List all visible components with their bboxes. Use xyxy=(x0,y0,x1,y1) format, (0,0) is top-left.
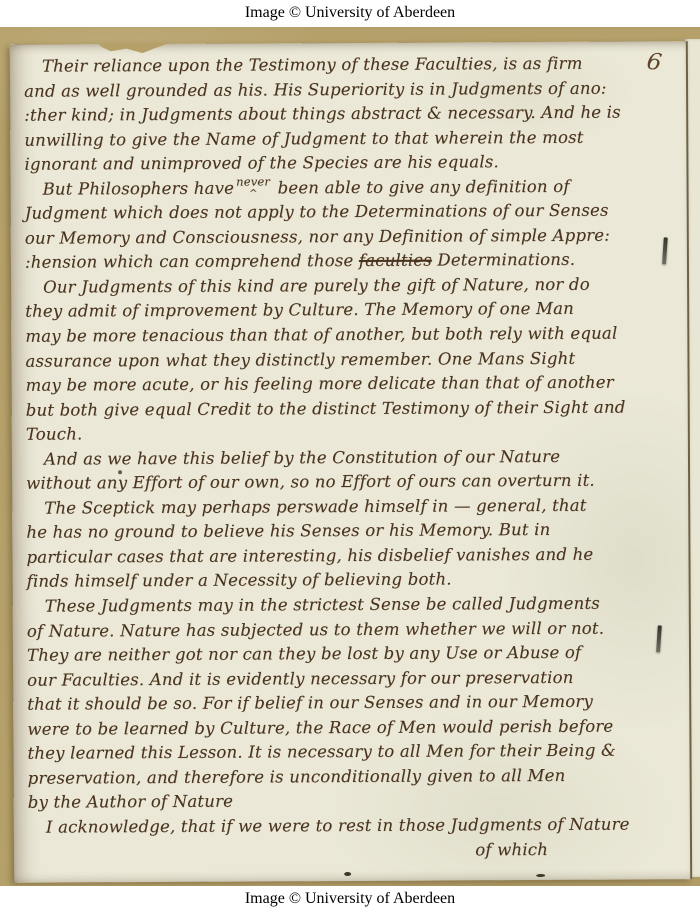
manuscript-line: by the Author of Nature xyxy=(28,788,676,816)
manuscript-page: 6 Their reliance upon the Testimony of t… xyxy=(10,41,692,883)
copyright-banner-top: Image © University of Aberdeen xyxy=(0,0,700,27)
manuscript-line: he has no ground to believe his Senses o… xyxy=(26,518,674,546)
manuscript-line: Touch. xyxy=(26,420,674,448)
manuscript-line: assurance upon what they distinctly reme… xyxy=(25,346,673,374)
manuscript-line: our Memory and Consciousness, nor any De… xyxy=(25,223,673,251)
manuscript-line: may be more tenacious than that of anoth… xyxy=(25,321,673,349)
manuscript-line: :hension which can comprehend those facu… xyxy=(25,248,673,276)
manuscript-line: they learned this Lesson. It is necessar… xyxy=(27,739,675,767)
manuscript-line: I acknowledge, that if we were to rest i… xyxy=(28,812,676,840)
manuscript-line: Judgment which does not apply to the Det… xyxy=(25,199,673,227)
manuscript-line: They are neither got nor can they be los… xyxy=(27,640,675,668)
torn-notch xyxy=(98,43,170,53)
manuscript-line: of Nature. Nature has subjected us to th… xyxy=(27,616,675,644)
manuscript-line: our Faculties. And it is evidently neces… xyxy=(27,665,675,693)
manuscript-line: :ther kind; in Judgments about things ab… xyxy=(24,100,672,128)
scan-background: 6 Their reliance upon the Testimony of t… xyxy=(0,27,700,886)
copyright-banner-bottom: Image © University of Aberdeen xyxy=(0,886,700,910)
manuscript-line: that it should be so. For if belief in o… xyxy=(27,690,675,718)
manuscript-line: may be more acute, or his feeling more d… xyxy=(26,370,674,398)
manuscript-line: particular cases that are interesting, h… xyxy=(26,542,674,570)
manuscript-line: finds himself under a Necessity of belie… xyxy=(27,567,675,595)
manuscript-line: they admit of improvement by Culture. Th… xyxy=(25,297,673,325)
manuscript-line: of which xyxy=(28,837,676,865)
manuscript-line: but both give equal Credit to the distin… xyxy=(26,395,674,423)
manuscript-line: unwilling to give the Name of Judgment t… xyxy=(24,125,672,153)
manuscript-line: and as well grounded as his. His Superio… xyxy=(24,76,672,104)
struck-word: faculties xyxy=(359,251,432,270)
ink-speck xyxy=(344,872,351,876)
manuscript-line: And as we have this belief by the Consti… xyxy=(26,444,674,472)
manuscript-line: But Philosophers havenever been able to … xyxy=(25,174,673,202)
manuscript-line: The Sceptick may perhaps perswade himsel… xyxy=(26,493,674,521)
manuscript-line: Their reliance upon the Testimony of the… xyxy=(24,51,672,79)
manuscript-line: ignorant and unimproved of the Species a… xyxy=(24,150,672,178)
manuscript-line: preservation, and therefore is unconditi… xyxy=(28,763,676,791)
manuscript-line: Our Judgments of this kind are purely th… xyxy=(25,272,673,300)
manuscript-line: were to be learned by Culture, the Race … xyxy=(27,714,675,742)
manuscript-line: These Judgments may in the strictest Sen… xyxy=(27,591,675,619)
ink-speck xyxy=(536,874,545,877)
manuscript-line: without any Effort of our own, so no Eff… xyxy=(26,469,674,497)
ink-speck xyxy=(118,470,122,474)
manuscript-text: Their reliance upon the Testimony of the… xyxy=(24,51,676,864)
